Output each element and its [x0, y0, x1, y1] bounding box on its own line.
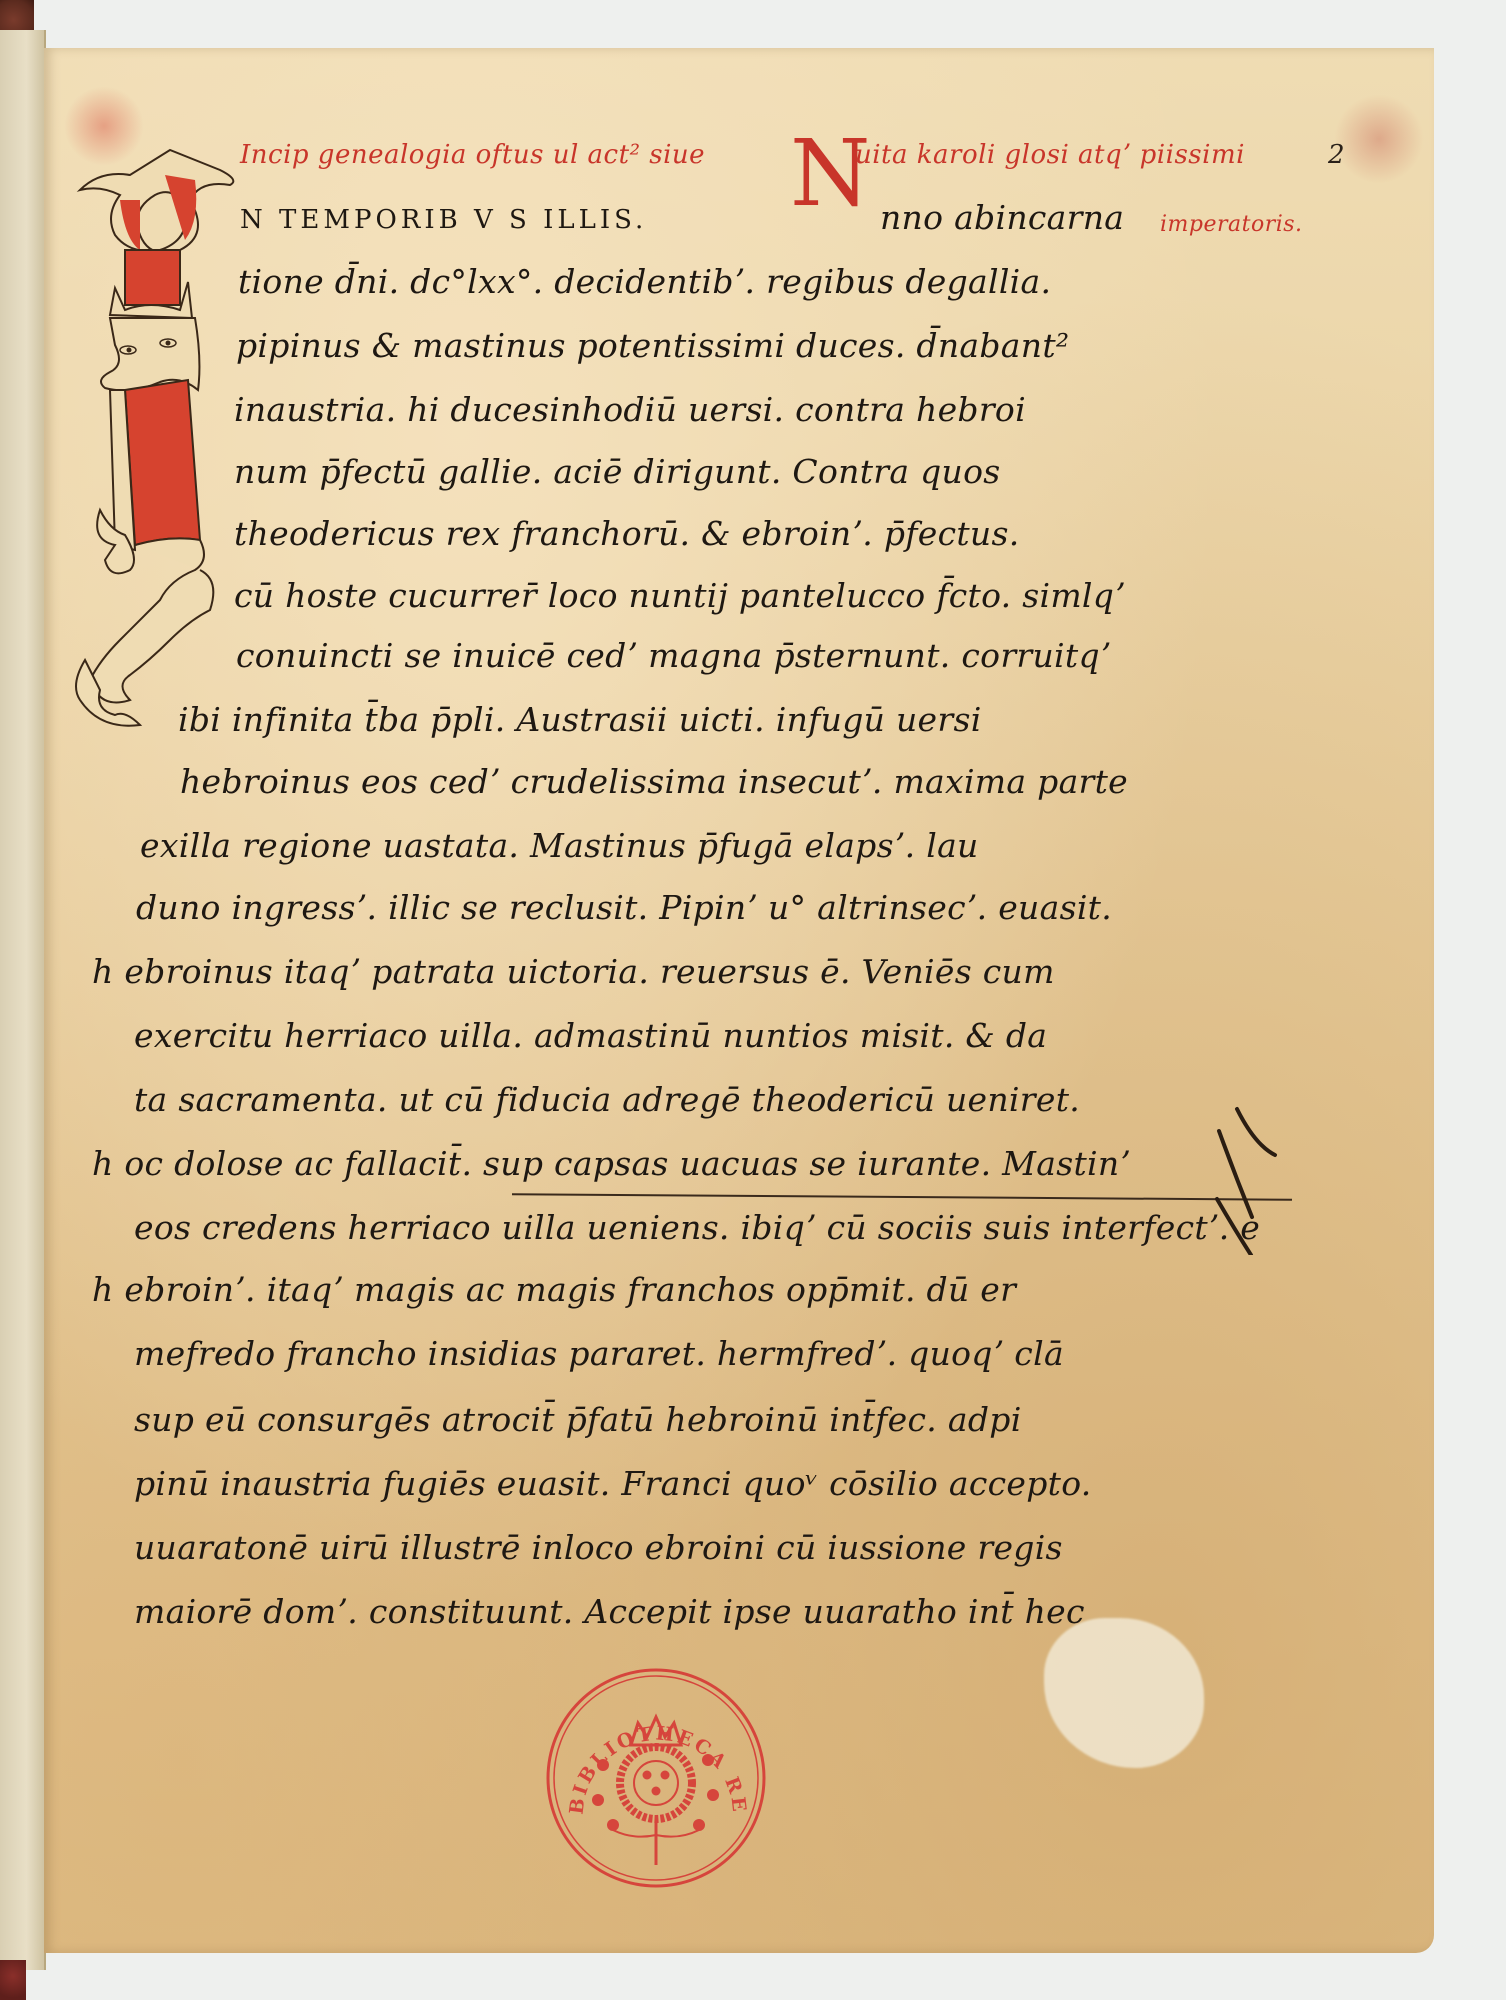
- text-line-8: conuincti se inuicē cedʼ magna p̄sternu…: [236, 636, 1111, 675]
- rubric-title-right: uita karoli glosi atqʼ piissimi: [855, 140, 1245, 170]
- library-stamp-icon: BIBLIOTHECA REGIA: [543, 1665, 769, 1891]
- text-line-3: pipinus & mastinus potentissimi duces. d…: [236, 326, 1069, 365]
- marginal-slash-marks-icon: [1215, 1105, 1295, 1255]
- text-line-4: inaustria. hi ducesinhodiū uersi. contr…: [234, 390, 1026, 429]
- text-line-19: mefredo francho insidias pararet. hermfr…: [134, 1334, 1064, 1373]
- rubric-incipit: Incip genealogia oftus ul act² siue: [240, 140, 705, 170]
- text-line-1b: nno abincarna: [880, 198, 1124, 237]
- text-line-2: tione d̄ni. dc°lxx°. decidentibʼ. regibu…: [238, 262, 1051, 301]
- text-line-12: duno ingressʼ. illic se reclusit. Pipinʼ…: [136, 888, 1112, 927]
- folio-number: 2: [1328, 140, 1345, 170]
- text-line-6: theodericus rex franchorū. & ebroinʼ. p…: [234, 514, 1020, 553]
- text-line-7: cū hoste cucurrer̄ loco nuntij panteluc…: [234, 576, 1125, 615]
- red-stain-top-right: [1334, 94, 1424, 184]
- decorated-initial-icon: [70, 140, 240, 750]
- text-line-21: pinū inaustria fugiēs euasit. Franci q…: [134, 1464, 1092, 1503]
- text-line-13: h ebroinus itaqʼ patrata uictoria. reuer…: [92, 952, 1055, 991]
- text-line-22: uuaratonē uirū illustrē inloco ebroin…: [134, 1528, 1063, 1567]
- text-line-10: hebroinus eos cedʼ crudelissima insecutʼ…: [180, 762, 1128, 801]
- text-line-23: maiorē domʼ. constituunt. Accepit ipse …: [134, 1592, 1085, 1631]
- text-line-11: exilla regione uastata. Mastinus p̄fugā…: [140, 826, 979, 865]
- text-line-15: ta sacramenta. ut cū fiducia adregē th…: [134, 1080, 1080, 1119]
- text-line-9: ibi infinita t̄ba p̄pli. Austrasii uicti…: [178, 700, 982, 739]
- facing-page-edge: [0, 30, 46, 1970]
- text-line-5: num p̄fectū gallie. aciē dirigunt. Con…: [234, 452, 1000, 491]
- rubric-imperatoris: imperatoris.: [1160, 212, 1303, 237]
- stamp-inscription: BIBLIOTHECA REGIA: [543, 1665, 750, 1816]
- text-line-20: sup eū consurgēs atrocit̄ p̄fatū hebr…: [134, 1400, 1022, 1439]
- text-line-17: eos credens herriaco uilla ueniens. ibiq…: [134, 1208, 1260, 1247]
- text-line-16: h oc dolose ac fallacit̄. sup capsas uac…: [92, 1144, 1130, 1183]
- text-line-1: N TEMPORIB V S ILLIS.: [240, 205, 647, 235]
- text-line-14: exercitu herriaco uilla. admastinū nunt…: [134, 1016, 1047, 1055]
- text-line-18: h ebroinʼ. itaqʼ magis ac magis franchos…: [92, 1270, 1016, 1309]
- book-binding-bottom: [0, 1960, 26, 2000]
- parchment-damage: [1044, 1618, 1204, 1768]
- svg-text:BIBLIOTHECA REGIA: BIBLIOTHECA REGIA: [543, 1665, 750, 1816]
